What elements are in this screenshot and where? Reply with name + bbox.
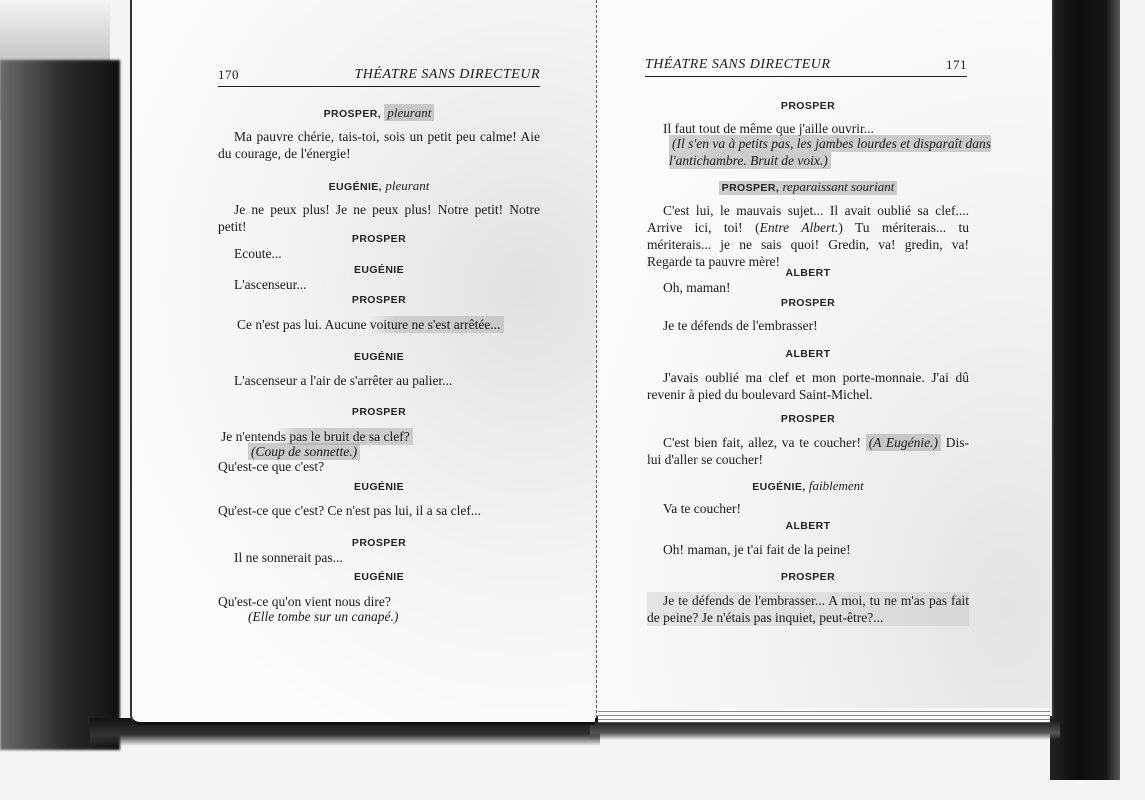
- speech: Il ne sonnerait pas...: [218, 549, 540, 566]
- speaker-heading: PROSPER, pleurant: [218, 104, 540, 123]
- speaker-heading: ALBERT: [647, 518, 969, 535]
- scan-shadow-right: [1050, 0, 1120, 780]
- right-running-title: THÉATRE SANS DIRECTEUR: [645, 57, 830, 73]
- speaker-heading: EUGÉNIE, faiblement: [647, 477, 969, 496]
- speech: L'ascenseur...: [218, 276, 540, 293]
- stage-direction: faiblement: [809, 478, 864, 493]
- scan-shadow-left: [0, 60, 120, 750]
- scan-shadow-bottom-right: [590, 722, 1060, 740]
- speech: Qu'est-ce que c'est?: [218, 458, 540, 475]
- speech: J'avais oublié ma clef et mon porte-monn…: [647, 369, 969, 403]
- speaker-heading: ALBERT: [647, 346, 969, 363]
- speech: Ecoute...: [218, 245, 540, 262]
- speech: Je ne peux plus! Je ne peux plus! Notre …: [218, 201, 540, 235]
- stage-direction: pleurant: [385, 178, 429, 193]
- speech: Je te défends de l'embrasser... A moi, t…: [647, 592, 969, 626]
- speaker-heading: PROSPER: [647, 98, 969, 115]
- speech: Oh! maman, je t'ai fait de la peine!: [647, 541, 969, 558]
- page-edges: [598, 708, 1050, 723]
- speaker-heading: EUGÉNIE: [218, 349, 540, 366]
- speaker-heading: PROSPER: [647, 411, 969, 428]
- speaker-heading: PROSPER: [647, 295, 969, 312]
- speech: Qu'est-ce que c'est? Ce n'est pas lui, i…: [218, 502, 540, 519]
- left-running-head: 170 THÉATRE SANS DIRECTEUR: [218, 67, 540, 87]
- speech: Je te défends de l'embrasser!: [647, 317, 969, 334]
- stage-direction: pleurant: [384, 104, 434, 121]
- speech: Ma pauvre chérie, tais-toi, sois un peti…: [218, 128, 540, 162]
- stage-direction: reparaissant souriant: [782, 179, 894, 194]
- stage-direction: (Elle tombe sur un canapé.): [218, 608, 570, 625]
- speech: Va te coucher!: [647, 500, 969, 517]
- speaker-heading: EUGÉNIE, pleurant: [218, 177, 540, 196]
- speech: C'est bien fait, allez, va te coucher! (…: [647, 434, 969, 468]
- right-page-number: 171: [946, 57, 967, 73]
- speaker-heading: PROSPER: [647, 569, 969, 586]
- speaker-heading: PROSPER: [218, 404, 540, 421]
- speaker-heading: EUGÉNIE: [218, 569, 540, 586]
- speaker-heading: EUGÉNIE: [218, 479, 540, 496]
- left-running-title: THÉATRE SANS DIRECTEUR: [355, 67, 540, 83]
- speaker-heading: PROSPER, reparaissant souriant: [647, 178, 969, 197]
- stage-direction: (Il s'en va à petits pas, les jambes lou…: [647, 135, 991, 169]
- speech: Oh, maman!: [647, 279, 969, 296]
- speaker-heading: PROSPER: [218, 292, 540, 309]
- left-page-number: 170: [218, 67, 239, 83]
- speech: Ce n'est pas lui. Aucune voiture ne s'es…: [218, 316, 540, 333]
- speech: C'est lui, le mauvais sujet... Il avait …: [647, 202, 969, 270]
- right-running-head: THÉATRE SANS DIRECTEUR 171: [645, 57, 967, 77]
- speech: L'ascenseur a l'air de s'arrêter au pali…: [218, 372, 540, 389]
